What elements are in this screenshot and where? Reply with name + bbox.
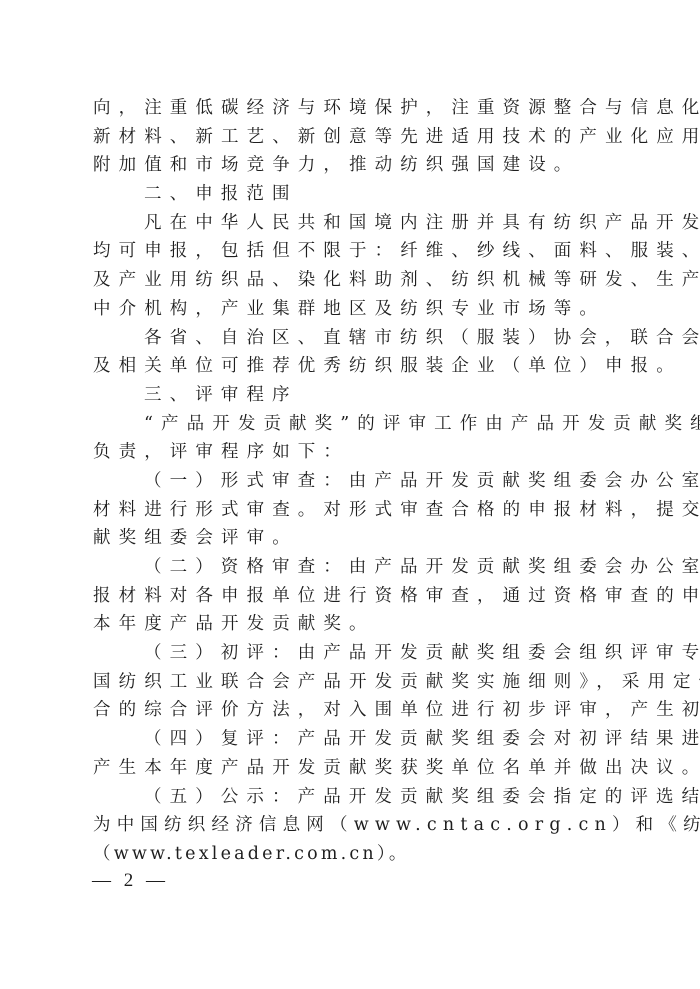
text-line: 产生本年度产品开发贡献奖获奖单位名单并做出决议。 xyxy=(93,754,613,783)
section-heading-review-procedure: 三、评审程序 xyxy=(93,381,613,410)
text-line: 献奖组委会评审。 xyxy=(93,524,613,553)
text-line: （三）初评：由产品开发贡献奖组委会组织评审专家依据《中 xyxy=(93,639,613,668)
text-line: （四）复评：产品开发贡献奖组委会对初评结果进行最终审定， xyxy=(93,725,613,754)
page-number: — 2 — xyxy=(92,870,169,892)
text-line: 附加值和市场竞争力，推动纺织强国建设。 xyxy=(93,151,613,180)
text-line: 凡在中华人民共和国境内注册并具有纺织产品开发职能的组织 xyxy=(93,209,613,238)
text-line: （五）公示：产品开发贡献奖组委会指定的评选结果公示网站 xyxy=(93,783,613,812)
text-line: 报材料对各申报单位进行资格审查，通过资格审查的申报单位入围 xyxy=(93,582,613,611)
text-line: 材料进行形式审查。对形式审查合格的申报材料，提交产品开发贡 xyxy=(93,496,613,525)
text-line-with-url: （www.texleader.com.cn）。 xyxy=(93,840,613,869)
text-line: 各省、自治区、直辖市纺织（服装）协会，联合会各专业协会 xyxy=(93,324,613,353)
section-heading-application-scope: 二、申报范围 xyxy=(93,180,613,209)
text-line: 中介机构，产业集群地区及纺织专业市场等。 xyxy=(93,295,613,324)
text-line: 负责，评审程序如下： xyxy=(93,438,613,467)
text-line: 向，注重低碳经济与环境保护，注重资源整合与信息化建设，注重 xyxy=(93,94,613,123)
text-line-with-url: 为中国纺织经济信息网（www.cntac.org.cn）和《纺织导报》网站 xyxy=(93,811,613,840)
document-page: 向，注重低碳经济与环境保护，注重资源整合与信息化建设，注重 新材料、新工艺、新创… xyxy=(0,0,700,989)
text-line: “产品开发贡献奖”的评审工作由产品开发贡献奖组委会具体 xyxy=(93,410,613,439)
text-line: 合的综合评价方法，对入围单位进行初步评审，产生初评结果。 xyxy=(93,696,613,725)
text-line: 国纺织工业联合会产品开发贡献奖实施细则》，采用定性、定量相结 xyxy=(93,668,613,697)
document-body: 向，注重低碳经济与环境保护，注重资源整合与信息化建设，注重 新材料、新工艺、新创… xyxy=(93,94,613,869)
text-line: 新材料、新工艺、新创意等先进适用技术的产业化应用，提高产品 xyxy=(93,123,613,152)
text-line: 及产业用纺织品、染化料助剂、纺织机械等研发、生产企业，纺织 xyxy=(93,266,613,295)
text-line: （二）资格审查：由产品开发贡献奖组委会办公室负责依据申 xyxy=(93,553,613,582)
text-line: 本年度产品开发贡献奖。 xyxy=(93,610,613,639)
text-line: 均可申报，包括但不限于：纤维、纱线、面料、服装、家用纺织品 xyxy=(93,237,613,266)
text-line: （一）形式审查：由产品开发贡献奖组委会办公室负责对申报 xyxy=(93,467,613,496)
text-line: 及相关单位可推荐优秀纺织服装企业（单位）申报。 xyxy=(93,352,613,381)
